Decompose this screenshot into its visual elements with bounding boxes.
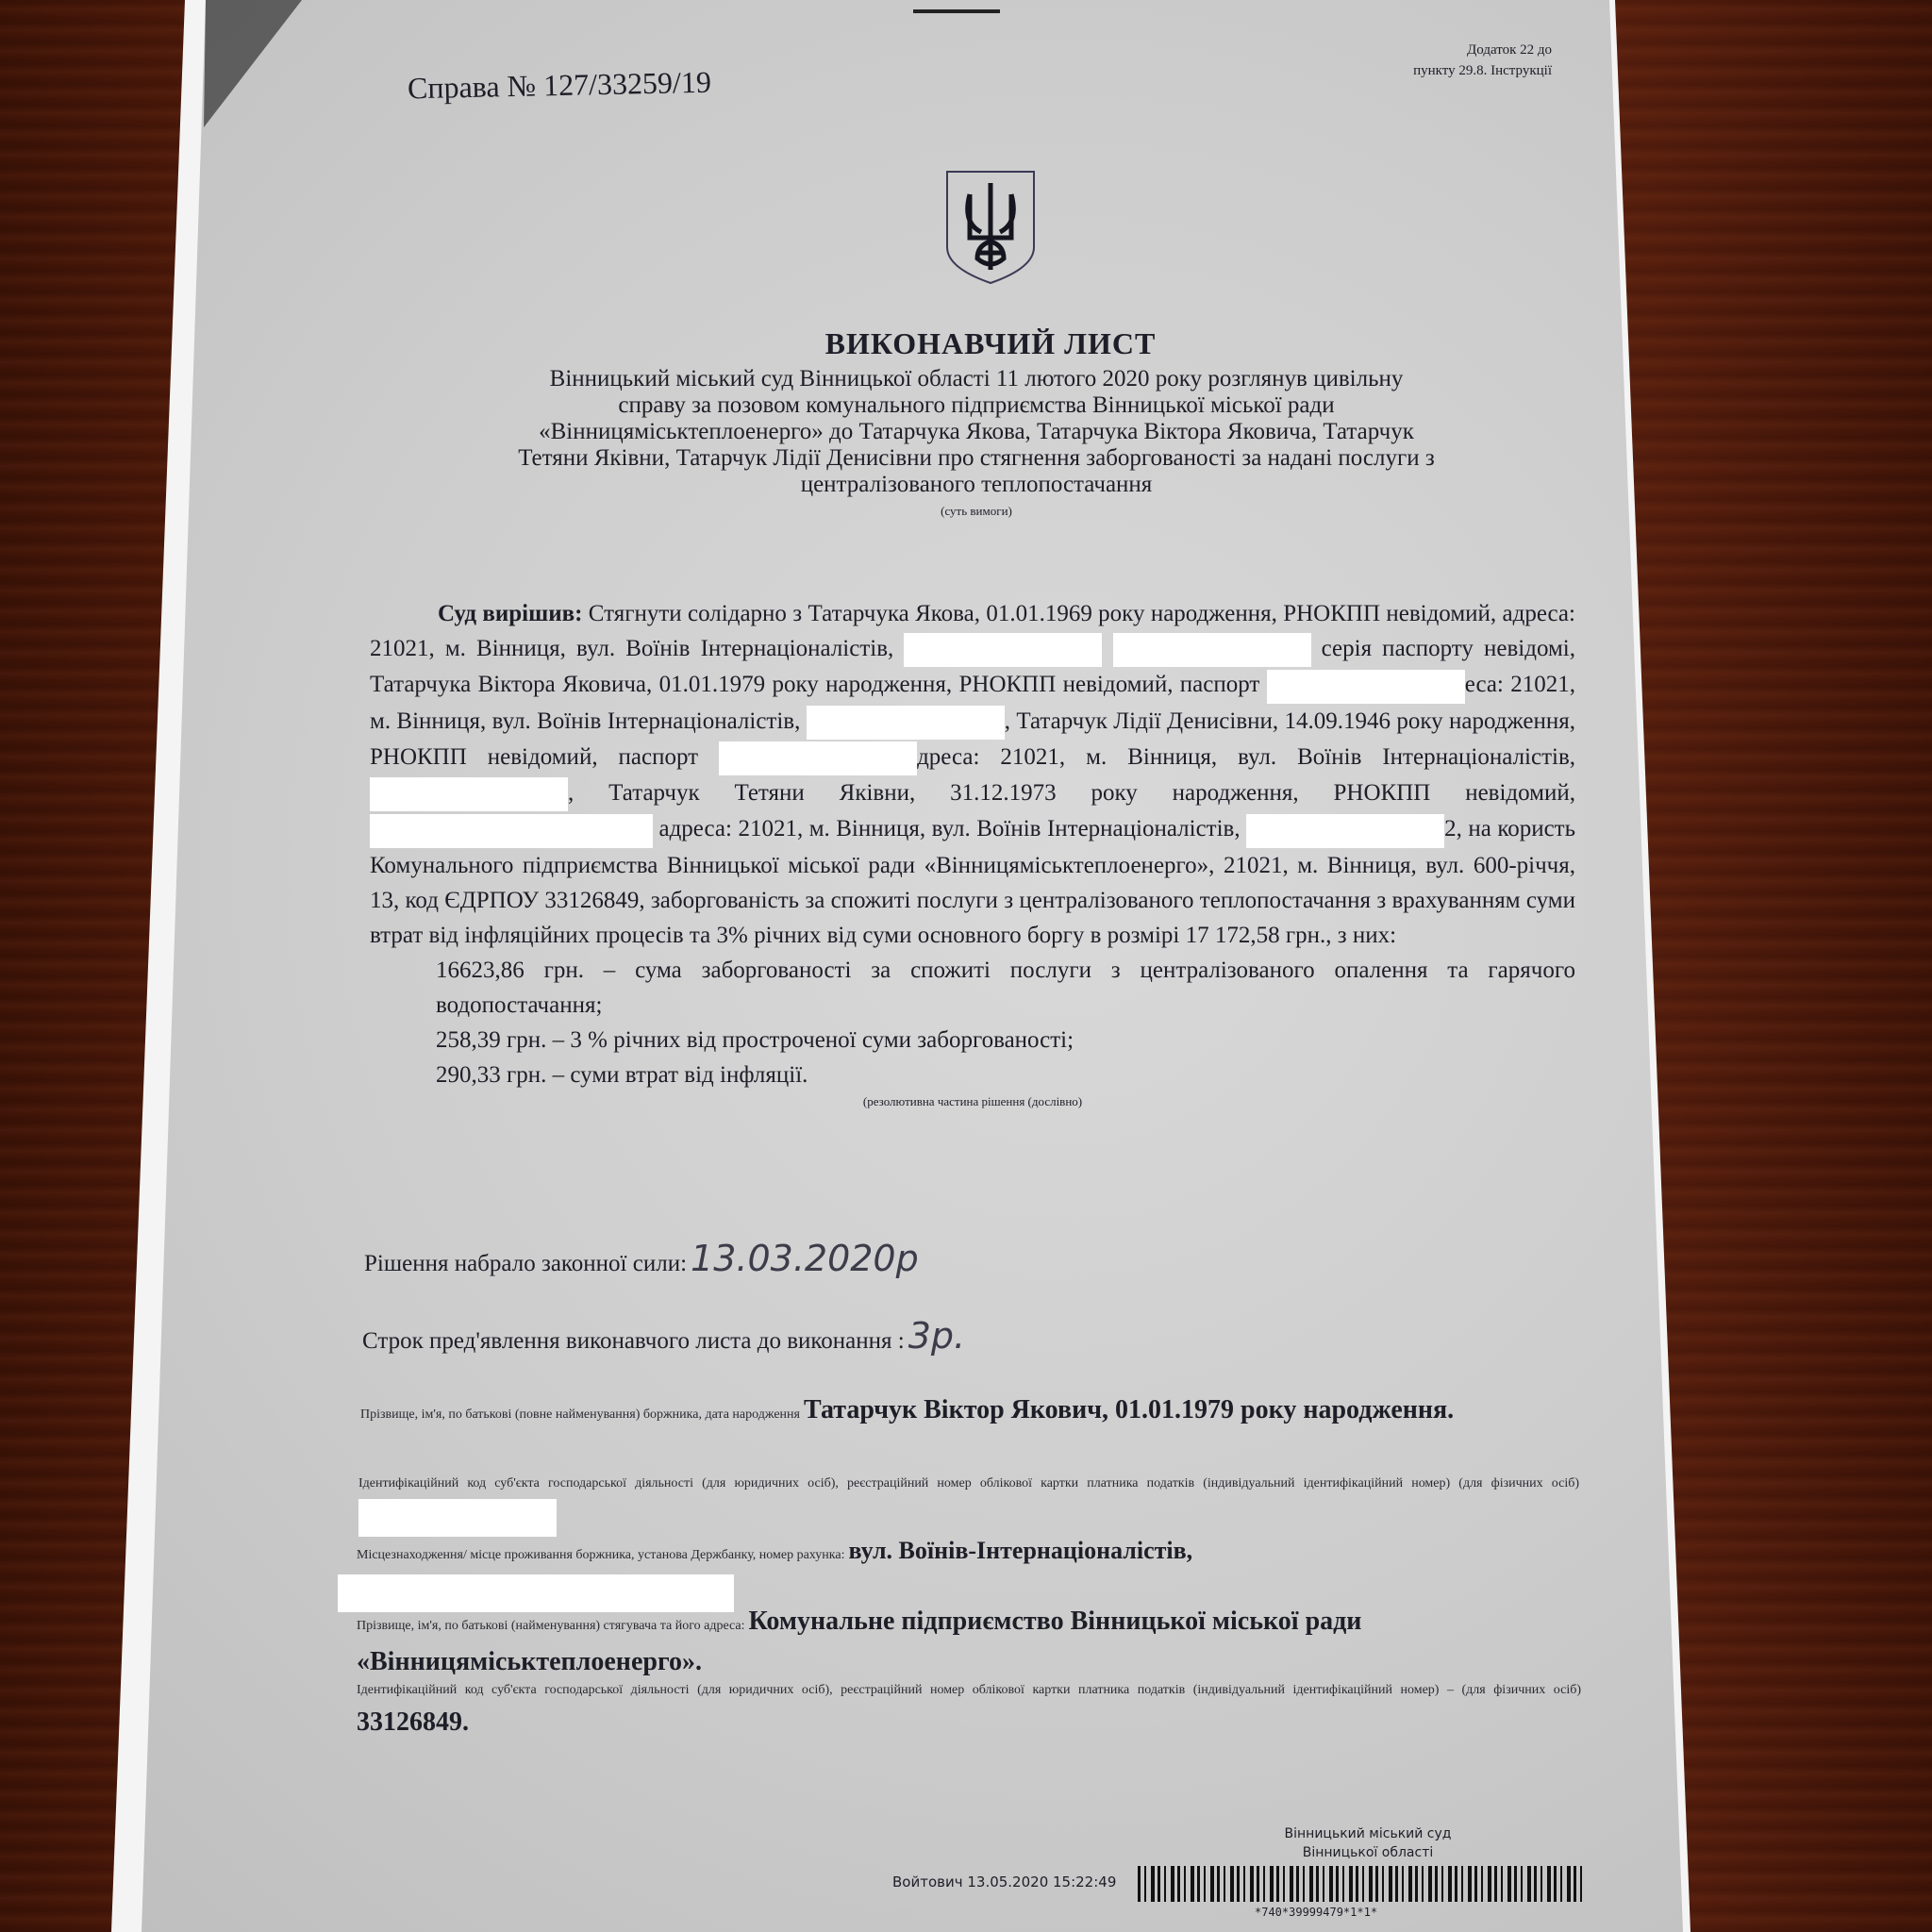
- claim-subject: Вінницький міський суд Вінницької област…: [396, 366, 1557, 525]
- redaction-box: [358, 1499, 557, 1537]
- creditor-id-block: Ідентифікаційний код суб'єкта господарсь…: [357, 1674, 1581, 1742]
- footer-signature-timestamp: Войтович 13.05.2020 15:22:49: [892, 1874, 1116, 1890]
- debtor-address-label: Місцезнаходження/ місце проживання боржн…: [357, 1548, 844, 1562]
- barcode: [1138, 1866, 1583, 1902]
- redaction-box: [1246, 814, 1444, 848]
- subject-line: Тетяни Яківни, Татарчук Лідії Денисівни …: [396, 445, 1557, 472]
- debtor-block: Прізвище, ім'я, по батькові (повне найме…: [360, 1392, 1579, 1433]
- effective-date-label: Рішення набрало законної сили:: [364, 1251, 687, 1276]
- annex-line-1: Додаток 22 до: [1340, 40, 1552, 60]
- creditor-id-value: 33126849.: [357, 1707, 469, 1737]
- subject-caption: (суть вимоги): [396, 498, 1557, 525]
- court-decision: Суд вирішив: Стягнути солідарно з Татарч…: [370, 596, 1575, 1111]
- subject-line: Вінницький міський суд Вінницької област…: [396, 366, 1557, 392]
- redaction-box: [807, 706, 1005, 740]
- subject-line: справу за позовом комунального підприємс…: [396, 392, 1557, 419]
- execution-term-value: 3р.: [908, 1315, 965, 1357]
- subject-line: «Вінницяміськтеплоенерго» до Татарчука Я…: [396, 419, 1557, 445]
- redaction-box: [1113, 633, 1311, 667]
- redaction-box: [370, 814, 653, 848]
- effective-date-value: 13.03.2020р: [691, 1238, 919, 1279]
- creditor-label: Прізвище, ім'я, по батькові (найменуванн…: [357, 1619, 745, 1633]
- debtor-value: Татарчук Віктор Якович, 01.01.1979 року …: [804, 1395, 1454, 1424]
- effective-date-row: Рішення набрало законної сили: 13.03.202…: [364, 1238, 919, 1279]
- debtor-address-value: вул. Воїнів-Інтернаціоналістів,: [848, 1537, 1192, 1564]
- resolution-caption: (резолютивна частина рішення (дослівно): [370, 1092, 1575, 1111]
- redaction-box: [904, 633, 1102, 667]
- creditor-block: Прізвище, ім'я, по батькові (найменуванн…: [357, 1604, 1581, 1684]
- top-dash-mark: [913, 9, 1000, 13]
- execution-term-row: Строк пред'явлення виконавчого листа до …: [362, 1315, 965, 1357]
- breakdown-item: 16623,86 грн. – сума заборгованості за с…: [370, 953, 1575, 1023]
- decision-label: Суд вирішив:: [438, 601, 582, 626]
- execution-term-label: Строк пред'явлення виконавчого листа до …: [362, 1328, 905, 1354]
- document-title: ВИКОНАВЧИЙ ЛИСТ: [660, 326, 1321, 361]
- debtor-address-block: Місцезнаходження/ місце проживання боржн…: [357, 1532, 1579, 1612]
- annex-line-2: пункту 29.8. Інструкції: [1340, 60, 1552, 81]
- breakdown-item: 290,33 грн. – суми втрат від інфляції.: [370, 1058, 1575, 1092]
- debtor-id-label: Ідентифікаційний код суб'єкта господарсь…: [358, 1476, 1579, 1491]
- redaction-box: [1267, 670, 1465, 704]
- redaction-box: [370, 777, 568, 811]
- footer-court-name: Вінницький міський суд Вінницької област…: [1255, 1824, 1481, 1862]
- case-number: Справа № 127/33259/19: [408, 65, 712, 107]
- debtor-id-block: Ідентифікаційний код суб'єкта господарсь…: [358, 1468, 1579, 1537]
- decision-paragraph: Суд вирішив: Стягнути солідарно з Татарч…: [370, 596, 1575, 953]
- subject-line: централізованого теплопостачання: [396, 472, 1557, 498]
- creditor-id-label: Ідентифікаційний код суб'єкта господарсь…: [357, 1683, 1581, 1697]
- breakdown-item: 258,39 грн. – 3 % річних від прострочено…: [370, 1023, 1575, 1058]
- trident-emblem-icon: [941, 166, 1040, 287]
- redaction-box: [719, 741, 917, 775]
- debtor-label: Прізвище, ім'я, по батькові (повне найме…: [360, 1407, 800, 1422]
- document-content: Справа № 127/33259/19 Додаток 22 до пунк…: [0, 0, 1932, 1932]
- annex-note: Додаток 22 до пункту 29.8. Інструкції: [1340, 40, 1552, 81]
- barcode-number: *740*39999479*1*1*: [1255, 1906, 1377, 1919]
- creditor-value: Комунальне підприємство Вінницької міськ…: [357, 1607, 1361, 1676]
